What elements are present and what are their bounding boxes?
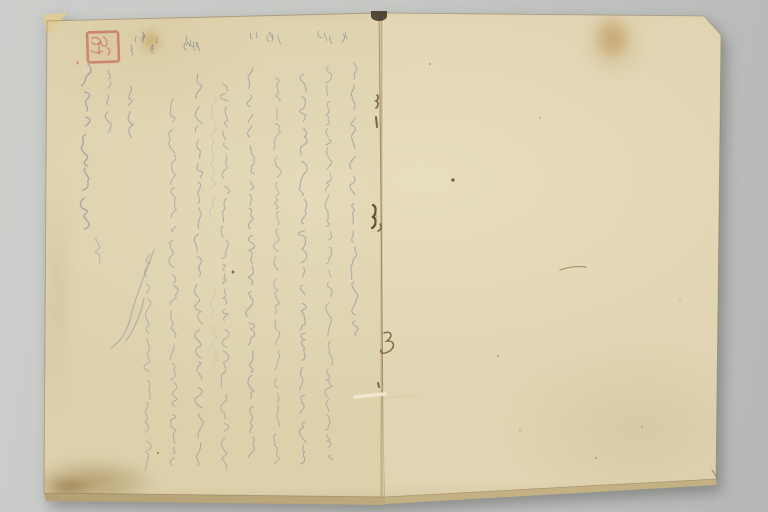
stain-top-margin <box>138 26 164 56</box>
photo-backdrop <box>0 0 768 512</box>
shading-left-edge <box>44 170 70 420</box>
stain-top-right <box>592 14 632 62</box>
book <box>0 0 768 512</box>
